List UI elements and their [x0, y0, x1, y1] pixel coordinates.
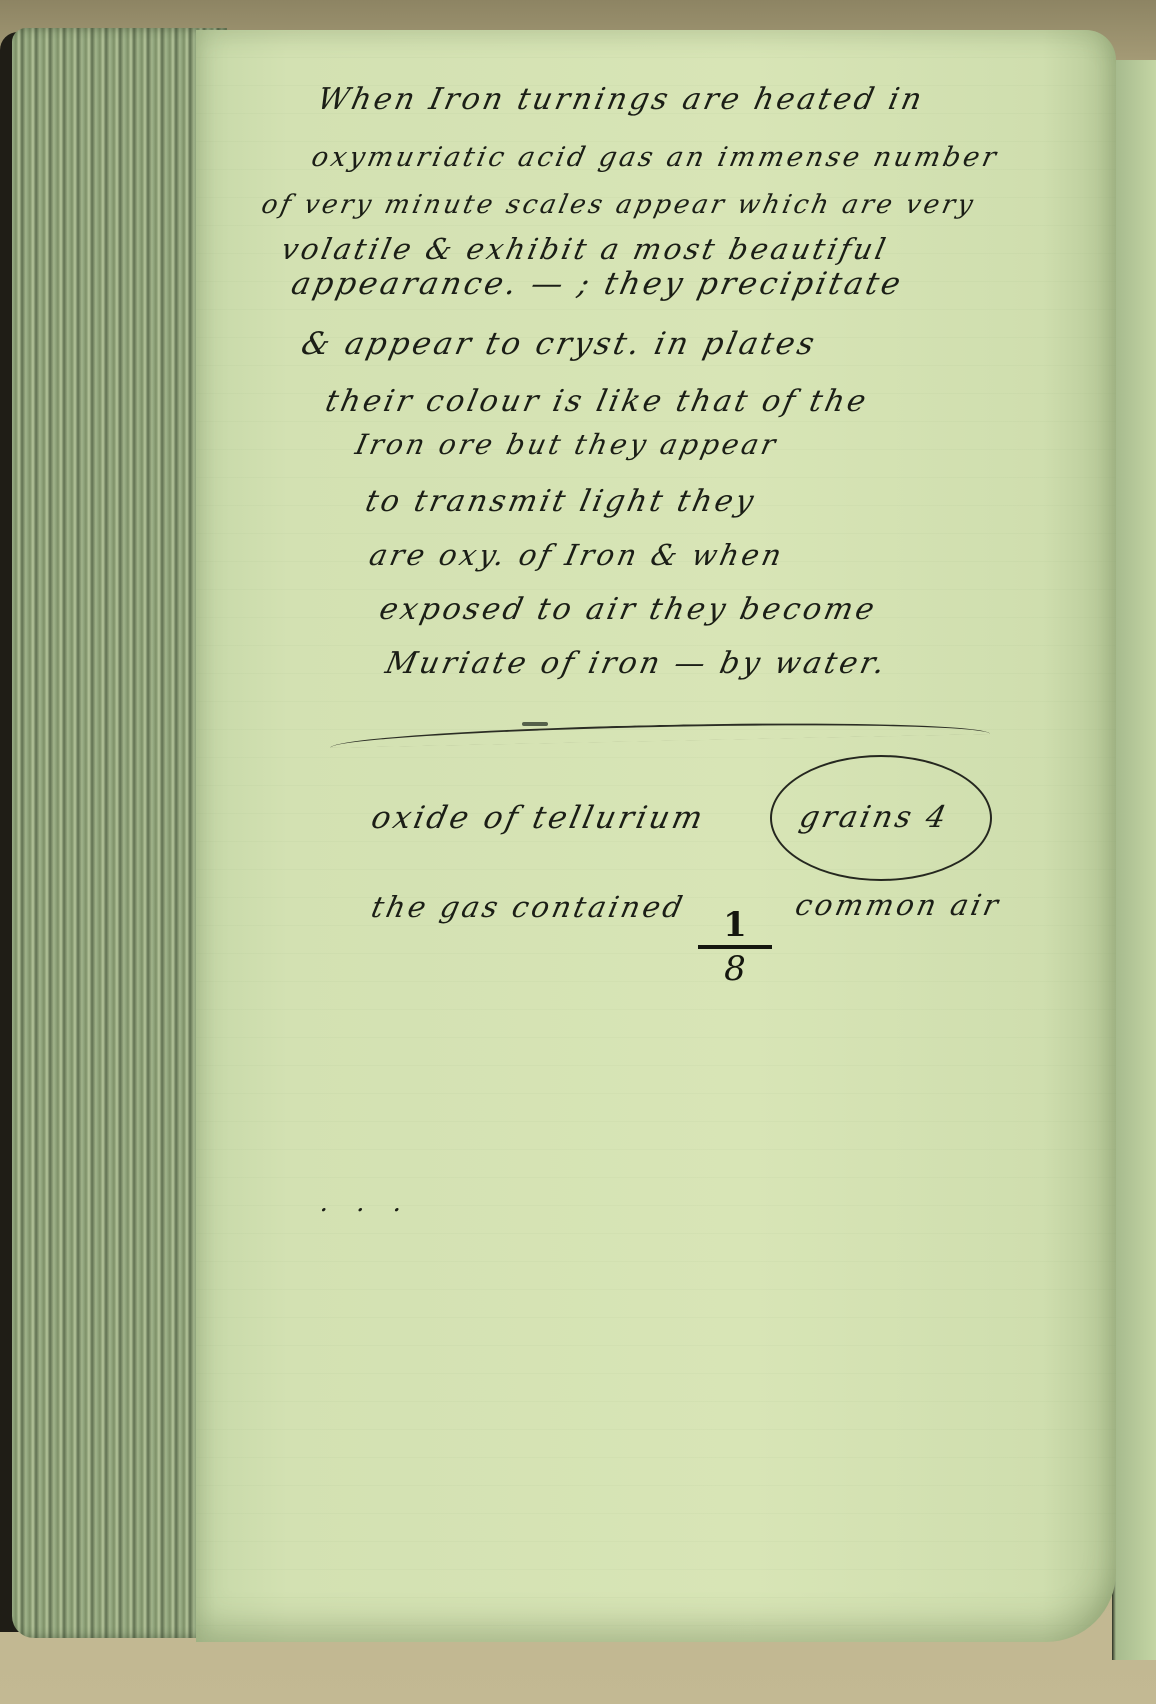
- dash-mark: [522, 722, 548, 726]
- manuscript-line: oxide of tellurium: [368, 800, 708, 836]
- manuscript-line: & appear to cryst. in plates: [298, 326, 820, 362]
- manuscript-line: their colour is like that of the: [322, 384, 872, 419]
- manuscript-line: appearance. — ; they precipitate: [288, 266, 906, 302]
- manuscript-line: Muriate of iron — by water.: [382, 646, 890, 681]
- manuscript-line: exposed to air they become: [376, 592, 880, 627]
- page-edges: [12, 28, 227, 1638]
- manuscript-line: of very minute scales appear which are v…: [259, 190, 979, 220]
- manuscript-line: When Iron turnings are heated in: [314, 82, 927, 117]
- circled-note-text: grains 4: [796, 800, 952, 835]
- manuscript-line: oxymuriatic acid gas an immense number: [309, 142, 1002, 173]
- facing-page-edge: [1112, 60, 1156, 1660]
- manuscript-line: Iron ore but they appear: [352, 428, 781, 461]
- manuscript-line: the gas contained: [368, 890, 688, 924]
- manuscript-line: common air: [792, 888, 1004, 922]
- manuscript-line: to transmit light they: [362, 484, 759, 519]
- fraction-denominator: 8: [690, 949, 780, 989]
- fraction: 1 8: [690, 905, 780, 989]
- fraction-numerator: 1: [690, 905, 780, 945]
- stray-ink-marks: . . .: [317, 1188, 419, 1218]
- manuscript-line: are oxy. of Iron & when: [366, 538, 787, 572]
- manuscript-line: volatile & exhibit a most beautiful: [278, 232, 891, 266]
